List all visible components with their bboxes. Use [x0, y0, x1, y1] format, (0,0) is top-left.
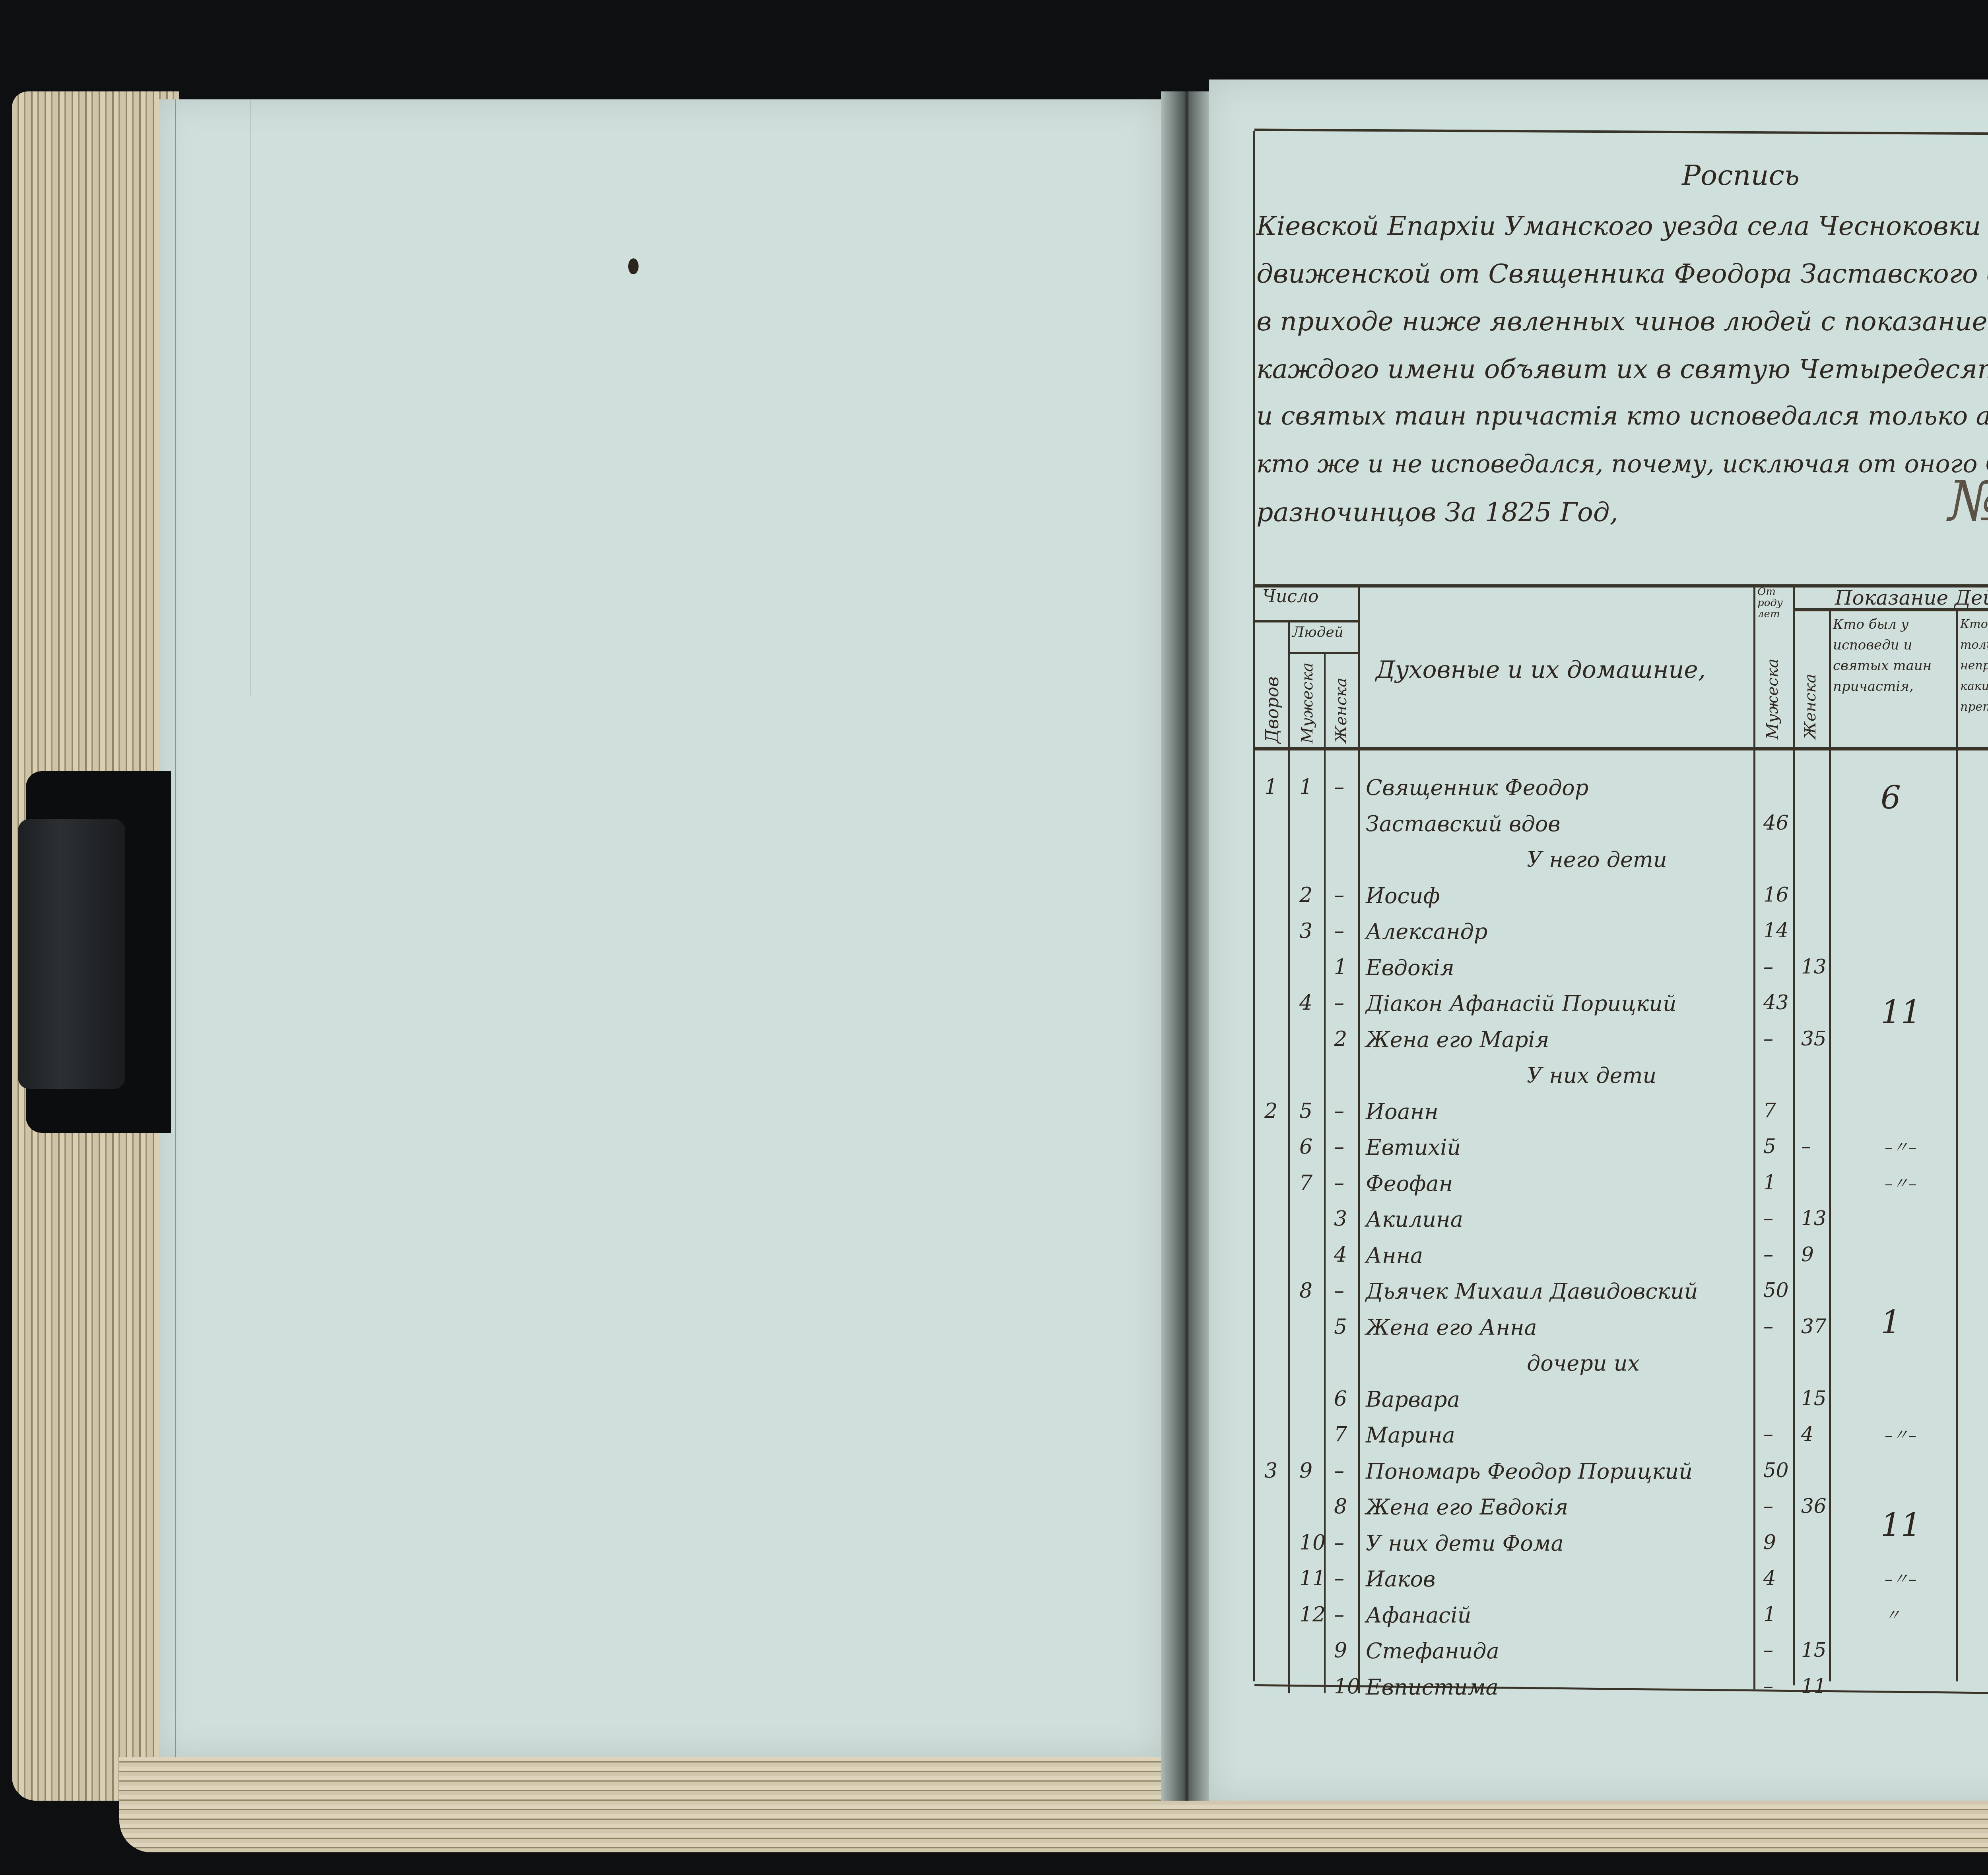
document-title: Роспись	[1682, 159, 1800, 192]
cell-zhenska: –	[1334, 1567, 1344, 1590]
cell-muzheska: 4	[1299, 991, 1312, 1015]
cell-age-m: 1	[1763, 1171, 1776, 1194]
heading-line: движенской от Священника Феодора Заставс…	[1256, 258, 1988, 289]
cell-name: Заставский вдов	[1366, 811, 1561, 836]
cell-name: Жена его Марія	[1366, 1027, 1549, 1052]
cell-zhenska: 8	[1334, 1495, 1347, 1518]
cell-confessed: –〃–	[1885, 1171, 1916, 1194]
cell-age-m: 4	[1763, 1567, 1776, 1590]
cell-age-m: 14	[1763, 919, 1789, 942]
cell-age-m: 7	[1763, 1099, 1776, 1122]
cell-muzheska: 11	[1299, 1567, 1326, 1590]
cell-zhenska: –	[1334, 919, 1344, 943]
left-page-margin-line	[175, 99, 176, 1757]
cell-age-m: –	[1763, 1027, 1773, 1050]
col-line	[1358, 584, 1360, 1693]
cell-age-f: 37	[1801, 1315, 1827, 1338]
cell-name: Жена его Анна	[1366, 1315, 1537, 1340]
heading-line: кто же и не исповедался, почему, исключа…	[1256, 449, 1988, 478]
left-frame-line	[1253, 131, 1255, 1681]
header-ot-rodu: От роду лет	[1757, 586, 1793, 620]
cell-age-f: –	[1801, 1135, 1811, 1158]
cell-age-m: 5	[1763, 1135, 1776, 1158]
cell-age-m: 9	[1763, 1531, 1776, 1554]
col-line	[1829, 608, 1831, 1681]
left-page-faint-rule	[250, 99, 251, 696]
heading-line: в приходе ниже явленных чинов людей с по…	[1256, 306, 1988, 337]
col-line	[1793, 584, 1795, 1685]
cell-name: Евпистима	[1366, 1675, 1499, 1700]
left-page-blank	[159, 99, 1161, 1757]
cell-zhenska: –	[1334, 1279, 1344, 1303]
cell-age-m: 50	[1763, 1459, 1789, 1482]
cell-age-m: 50	[1763, 1279, 1789, 1302]
cell-confessed: –〃–	[1885, 1567, 1916, 1589]
cell-name: дочери их	[1527, 1351, 1640, 1376]
cell-age-m: –	[1763, 1243, 1773, 1266]
cell-zhenska: 4	[1334, 1243, 1347, 1267]
cell-name: Афанасій	[1366, 1603, 1471, 1628]
cell-name: У них дети	[1527, 1063, 1656, 1088]
top-frame-line	[1254, 128, 1988, 136]
cell-age-f: 35	[1801, 1027, 1827, 1050]
cell-age-m: –	[1763, 1207, 1773, 1230]
cell-muzheska: 6	[1299, 1135, 1312, 1159]
cell-age-m: –	[1763, 1638, 1773, 1662]
cell-zhenska: 2	[1334, 1027, 1347, 1051]
cell-age-f: 15	[1801, 1638, 1827, 1662]
col-line	[1288, 620, 1290, 1693]
cell-muzheska: 10	[1299, 1531, 1326, 1555]
cell-name: Марина	[1366, 1423, 1455, 1448]
heading-line: и святых таин причастія кто исповедался …	[1256, 401, 1988, 431]
cell-muzheska: 1	[1299, 775, 1312, 799]
cell-age-f: 13	[1801, 955, 1827, 978]
cell-zhenska: –	[1334, 991, 1344, 1015]
cell-name: Иосиф	[1366, 883, 1440, 908]
header-age-f: Женска	[1801, 636, 1819, 739]
header-lyudei: Людей	[1292, 624, 1343, 640]
cell-zhenska: –	[1334, 883, 1344, 907]
header-names: Духовные и их домашние,	[1376, 656, 1706, 684]
cell-name: Акилина	[1366, 1207, 1463, 1232]
cell-muzheska: 9	[1299, 1459, 1312, 1483]
cell-muzheska: 7	[1299, 1171, 1312, 1195]
header-age-m: Мужеска	[1763, 636, 1782, 739]
cell-zhenska: –	[1334, 1135, 1344, 1159]
cell-dvor: 1	[1264, 775, 1277, 799]
cell-age-m: 43	[1763, 991, 1789, 1014]
cell-name: Александр	[1366, 919, 1487, 944]
cell-name: Евтихій	[1366, 1135, 1461, 1160]
col-line	[1956, 608, 1958, 1681]
cell-age-f: 15	[1801, 1387, 1827, 1410]
header-zhenska: Женска	[1332, 660, 1350, 743]
cell-name: У них дети Фома	[1366, 1531, 1564, 1556]
cell-zhenska: 9	[1334, 1638, 1347, 1662]
cell-zhenska: 1	[1334, 955, 1347, 979]
cell-age-m: –	[1763, 1423, 1773, 1446]
header-col-only-confessed: Кто исповедался только а непричастился и…	[1960, 614, 1988, 717]
cell-confessed: 〃	[1885, 1603, 1901, 1625]
cell-age-f: 9	[1801, 1243, 1814, 1266]
cell-age-m: –	[1763, 1495, 1773, 1518]
cell-muzheska: 2	[1299, 883, 1312, 907]
cell-zhenska: 7	[1334, 1423, 1347, 1446]
vertical-mark: 1	[1881, 1304, 1901, 1341]
cell-name: Священник Феодор	[1366, 775, 1588, 800]
cell-name: Анна	[1366, 1243, 1423, 1268]
cell-name: Стефанида	[1366, 1638, 1499, 1664]
heading-line: разночинцов За 1825 Год,	[1256, 497, 1618, 527]
cell-age-m: –	[1763, 955, 1773, 978]
binding-clip-roller	[18, 819, 125, 1089]
cell-age-m: –	[1763, 1675, 1773, 1698]
cell-dvor: 2	[1264, 1099, 1277, 1123]
table-bottom-rule	[1254, 1684, 1988, 1697]
cell-age-m: –	[1763, 1315, 1773, 1338]
header-pokazanie: Показание Действ	[1835, 586, 1988, 609]
cell-name: Евдокія	[1366, 955, 1454, 980]
cell-zhenska: 5	[1334, 1315, 1347, 1339]
heading-line: каждого имени объявит их в святую Четыре…	[1256, 354, 1988, 384]
header-chislo: Число	[1262, 586, 1319, 607]
right-page-register: Роспись 1054 Кіевской Епархіи Уманского …	[1209, 79, 1988, 1801]
cell-zhenska: –	[1334, 1459, 1344, 1483]
cell-muzheska: 8	[1299, 1279, 1312, 1303]
cell-age-m: 16	[1763, 883, 1789, 906]
book-spine	[1161, 91, 1213, 1801]
header-dvorov: Дворов	[1262, 632, 1283, 743]
cell-zhenska: –	[1334, 1099, 1344, 1123]
cell-name: Феофан	[1366, 1171, 1453, 1196]
lyudei-sub-rule	[1288, 652, 1358, 654]
cell-confessed: –〃–	[1885, 1135, 1916, 1158]
cell-name: У него дети	[1527, 847, 1667, 872]
header-col-confessed: Кто был у исповеди и святых таин причаст…	[1833, 614, 1952, 697]
cell-name: Варвара	[1366, 1387, 1460, 1412]
cell-muzheska: 12	[1299, 1603, 1326, 1627]
cell-dvor: 3	[1264, 1459, 1277, 1483]
cell-name: Иоанн	[1366, 1099, 1439, 1124]
cell-age-f: 11	[1801, 1675, 1827, 1698]
cell-zhenska: –	[1334, 775, 1344, 799]
vertical-mark: 11	[1881, 994, 1921, 1031]
cell-age-f: 4	[1801, 1423, 1814, 1446]
vertical-mark: 6	[1881, 779, 1901, 816]
cell-age-f: 13	[1801, 1207, 1827, 1230]
heading-line: Кіевской Епархіи Уманского уезда села Че…	[1256, 211, 1988, 241]
cell-name: Иаков	[1366, 1567, 1435, 1592]
cell-name: Дьячек Михаил Давидовский	[1366, 1279, 1698, 1304]
cell-name: Пономарь Феодор Порицкий	[1366, 1459, 1693, 1484]
header-bottom-rule	[1254, 747, 1988, 750]
cell-zhenska: 6	[1334, 1387, 1347, 1411]
cell-zhenska: 3	[1334, 1207, 1347, 1231]
chislo-sub-rule	[1254, 620, 1358, 622]
col-line	[1753, 584, 1755, 1689]
cell-confessed: –〃–	[1885, 1423, 1916, 1445]
cell-muzheska: 5	[1299, 1099, 1312, 1123]
number-mark: № 85	[1948, 469, 1988, 534]
header-muzheska: Мужеска	[1298, 660, 1316, 743]
cell-name: Діакон Афанасій Порицкий	[1366, 991, 1677, 1016]
cell-name: Жена его Евдокія	[1366, 1495, 1568, 1520]
cell-age-m: 1	[1763, 1603, 1776, 1626]
cell-zhenska: 10	[1334, 1675, 1360, 1699]
cell-zhenska: –	[1334, 1603, 1344, 1627]
cell-muzheska: 3	[1299, 919, 1312, 943]
vertical-mark: 11	[1881, 1507, 1921, 1543]
ink-blot	[628, 258, 639, 274]
cell-age-m: 46	[1763, 811, 1789, 834]
cell-zhenska: –	[1334, 1531, 1344, 1555]
cell-zhenska: –	[1334, 1171, 1344, 1195]
cell-age-f: 36	[1801, 1495, 1827, 1518]
